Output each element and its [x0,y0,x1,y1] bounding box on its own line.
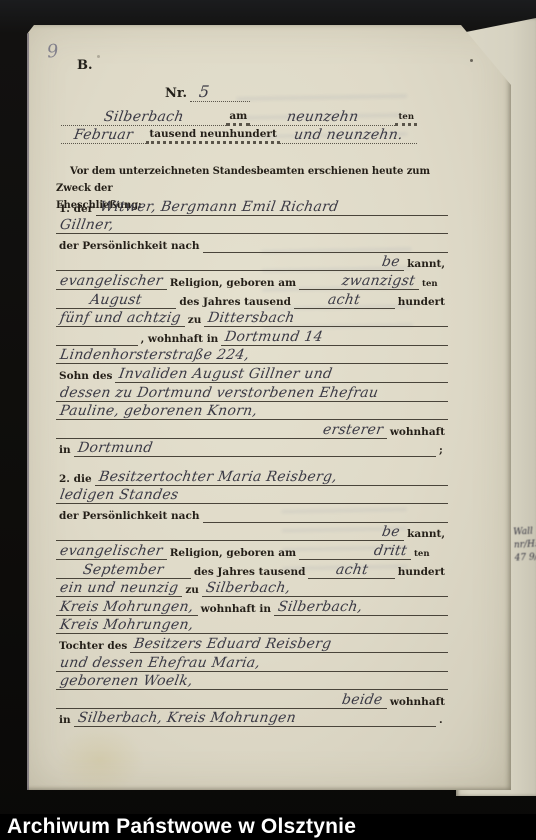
blank-rule [56,419,319,439]
record-number-line: Nr. 5 [165,82,251,102]
handwritten-entry: acht [294,292,395,309]
handwritten-entry: geborenen Woelk, [56,673,448,690]
record-number-label: Nr. [165,86,187,102]
handwritten-entry: Silberbach, Kreis Mohrungen [74,710,436,727]
handwritten-entry: dritt [370,543,411,560]
printed-label: kannt, [404,258,448,271]
scan-viewport: Wallnr/Hs47 9/ 9 B. Nr. 5 Silberbachamne… [0,0,536,840]
printed-label: zu [185,314,205,327]
printed-label: am [226,110,250,126]
edge-fragment-text: nr/Hs [514,538,536,552]
printed-label: Tochter des [56,640,130,653]
handwritten-entry: Kreis Mohrungen, [56,599,198,616]
blank-rule [203,233,448,253]
handwritten-entry: Dortmund [74,440,436,457]
form-line: und dessen Ehefrau Maria, [56,653,448,672]
bride-entry-block: 2. dieBesitzertochter Maria Reisberg,led… [56,467,448,727]
form-line: Februartausend neunhundertund neunzehn. [61,126,417,145]
form-line: bekannt, [56,253,448,272]
form-line: fünf und achtzigzuDittersbach [56,309,448,328]
handwritten-entry: ein und neunzig [56,580,182,597]
handwritten-entry: dessen zu Dortmund verstorbenen Ehefrau [56,385,448,402]
form-line: dessen zu Dortmund verstorbenen Ehefrau [56,383,448,402]
paper-stain [55,725,145,795]
form-line: Sohn desInvaliden August Gillner und [56,364,448,383]
blank-rule [299,540,370,560]
form-line: inDortmund; [56,439,448,458]
blank-rule [56,689,338,709]
printed-label: tausend neunhundert [146,128,279,144]
handwritten-entry: Besitzers Eduard Reisberg [130,636,448,653]
archive-watermark-bar: Archiwum Państwowe w Olsztynie [0,814,536,840]
form-line: erstererwohnhaft [56,420,448,439]
blank-rule [56,251,378,271]
handwritten-entry: zwanzigst [338,273,419,290]
form-line: beidewohnhaft [56,690,448,709]
form-line: 2. dieBesitzertochter Maria Reisberg, [56,467,448,486]
paper-speck [470,59,473,62]
handwritten-entry: Februar [61,127,146,144]
handwritten-entry: und dessen Ehefrau Maria, [56,655,448,672]
printed-label: des Jahres tausend [191,566,309,579]
handwritten-entry: Dortmund 14 [221,329,448,346]
printed-label: , wohnhaft in [138,333,222,346]
printed-label: . [436,714,448,727]
handwritten-entry: evangelischer [56,543,167,560]
form-line: evangelischerReligion, geboren am zwanzi… [56,271,448,290]
date-place-lines: SilberbachamneunzehntenFebruartausend ne… [61,107,417,144]
printed-label: in [56,714,74,727]
printed-label: Religion, geboren am [167,277,299,290]
margin-handwriting-fragment: Wallnr/Hs47 9/ [513,525,536,565]
form-line: Augustdes Jahres tausendachthundert [56,290,448,309]
handwritten-entry: Gillner, [56,217,448,234]
form-line: Septemberdes Jahres tausendachthundert [56,560,448,579]
form-line: Kreis Mohrungen, [56,616,448,635]
form-line: geborenen Woelk, [56,672,448,691]
printed-label: Religion, geboren am [167,547,299,560]
form-line: Tochter desBesitzers Eduard Reisberg [56,634,448,653]
printed-label: wohnhaft [387,696,448,709]
printed-label: 1. der [56,203,96,216]
form-line: Lindenhorsterstraße 224, [56,346,448,365]
handwritten-entry: fünf und achtzig [56,310,185,327]
groom-entry-block: 1. derWitwer, Bergmann Emil RichardGilln… [56,197,448,457]
handwritten-entry: acht [308,562,394,579]
handwritten-entry: ledigen Standes [56,487,448,504]
handwritten-entry: Silberbach, [202,580,448,597]
handwritten-entry: Silberbach [61,109,226,126]
form-line: Silberbachamneunzehnten [61,107,417,126]
printed-label: ; [436,444,448,457]
record-number-value: 5 [190,82,252,102]
form-line: 1. derWitwer, Bergmann Emil Richard [56,197,448,216]
printed-label: wohnhaft in [198,603,274,616]
form-line: bekannt, [56,523,448,542]
form-line: Kreis Mohrungen,wohnhaft inSilberbach, [56,597,448,616]
handwritten-entry: ersterer [319,422,387,439]
printed-label: ten [395,112,417,126]
handwritten-entry: be [378,524,404,541]
handwritten-entry: Silberbach, [274,599,448,616]
printed-label: ten [411,549,433,560]
handwritten-entry: evangelischer [56,273,167,290]
printed-label: zu [182,584,202,597]
edge-fragment-text: 47 9/ [514,551,536,565]
handwritten-entry: September [56,562,191,579]
blank-rule [299,270,338,290]
form-line: Pauline, geborenen Knorn, [56,402,448,421]
page-number-pencil: 9 [46,40,60,62]
handwritten-entry: Kreis Mohrungen, [56,617,448,634]
printed-label: hundert [395,566,448,579]
handwritten-entry: Invaliden August Gillner und [115,366,448,383]
form-line: ein und neunzigzuSilberbach, [56,579,448,598]
section-letter: B. [77,58,93,73]
intro-line-1: Vor dem unterzeichneten Standesbeamten e… [56,163,450,197]
registry-page: 9 B. Nr. 5 SilberbachamneunzehntenFebrua… [27,25,511,790]
handwritten-entry: neunzehn [250,109,395,126]
printed-label: Sohn des [56,370,115,383]
handwritten-entry: Dittersbach [204,310,448,327]
paper-speck [97,55,100,58]
handwritten-entry: Lindenhorsterstraße 224, [56,347,448,364]
handwritten-entry: Besitzertochter Maria Reisberg, [95,469,448,486]
printed-label: ten [419,279,441,290]
blank-rule [203,503,448,523]
printed-label: hundert [395,296,448,309]
form-line: evangelischerReligion, geboren am drittt… [56,541,448,560]
form-line: der Persönlichkeit nach [56,504,448,523]
form-line: ledigen Standes [56,486,448,505]
form-line: inSilberbach, Kreis Mohrungen. [56,709,448,728]
edge-fragment-text: Wall [513,525,536,539]
handwritten-entry: und neunzehn. [280,127,417,144]
blank-rule [56,326,138,346]
handwritten-entry: beide [338,692,386,709]
printed-label: des Jahres tausend [176,296,294,309]
printed-label: 2. die [56,473,95,486]
printed-label: in [56,444,74,457]
archive-name: Archiwum Państwowe w Olsztynie [0,815,356,839]
handwritten-entry: Pauline, geborenen Knorn, [56,403,448,420]
blank-rule [56,521,378,541]
handwritten-entry: be [378,254,404,271]
form-line: Gillner, [56,216,448,235]
printed-label: kannt, [404,528,448,541]
handwritten-entry: August [56,292,176,309]
form-line: , wohnhaft inDortmund 14 [56,327,448,346]
form-line: der Persönlichkeit nach [56,234,448,253]
printed-label: wohnhaft [387,426,448,439]
handwritten-entry: Witwer, Bergmann Emil Richard [96,199,448,216]
